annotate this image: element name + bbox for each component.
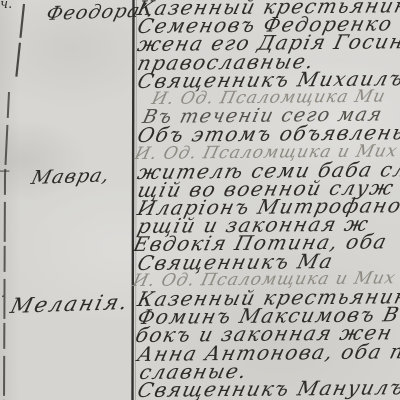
name-entry-melania: Меланія. (8, 290, 132, 318)
left-border-line (4, 92, 9, 400)
column-divider-line (133, 0, 134, 400)
margin-mark-top: ч. (0, 0, 12, 12)
entry-text-line: Священникъ Мануилъ Б (136, 377, 400, 399)
register-page-scan: ч. — . Феодора’. Мавра, Меланія. Казенны… (0, 0, 400, 400)
name-entry-mavra: Мавра, (29, 164, 113, 189)
left-border-line-top (16, 4, 24, 80)
entry-text-column: Казенный крестьянинъСеменовъ Федоренко и… (138, 0, 400, 399)
margin-mark-dash: — (0, 163, 10, 179)
margin-mark-dot: . (1, 286, 5, 300)
